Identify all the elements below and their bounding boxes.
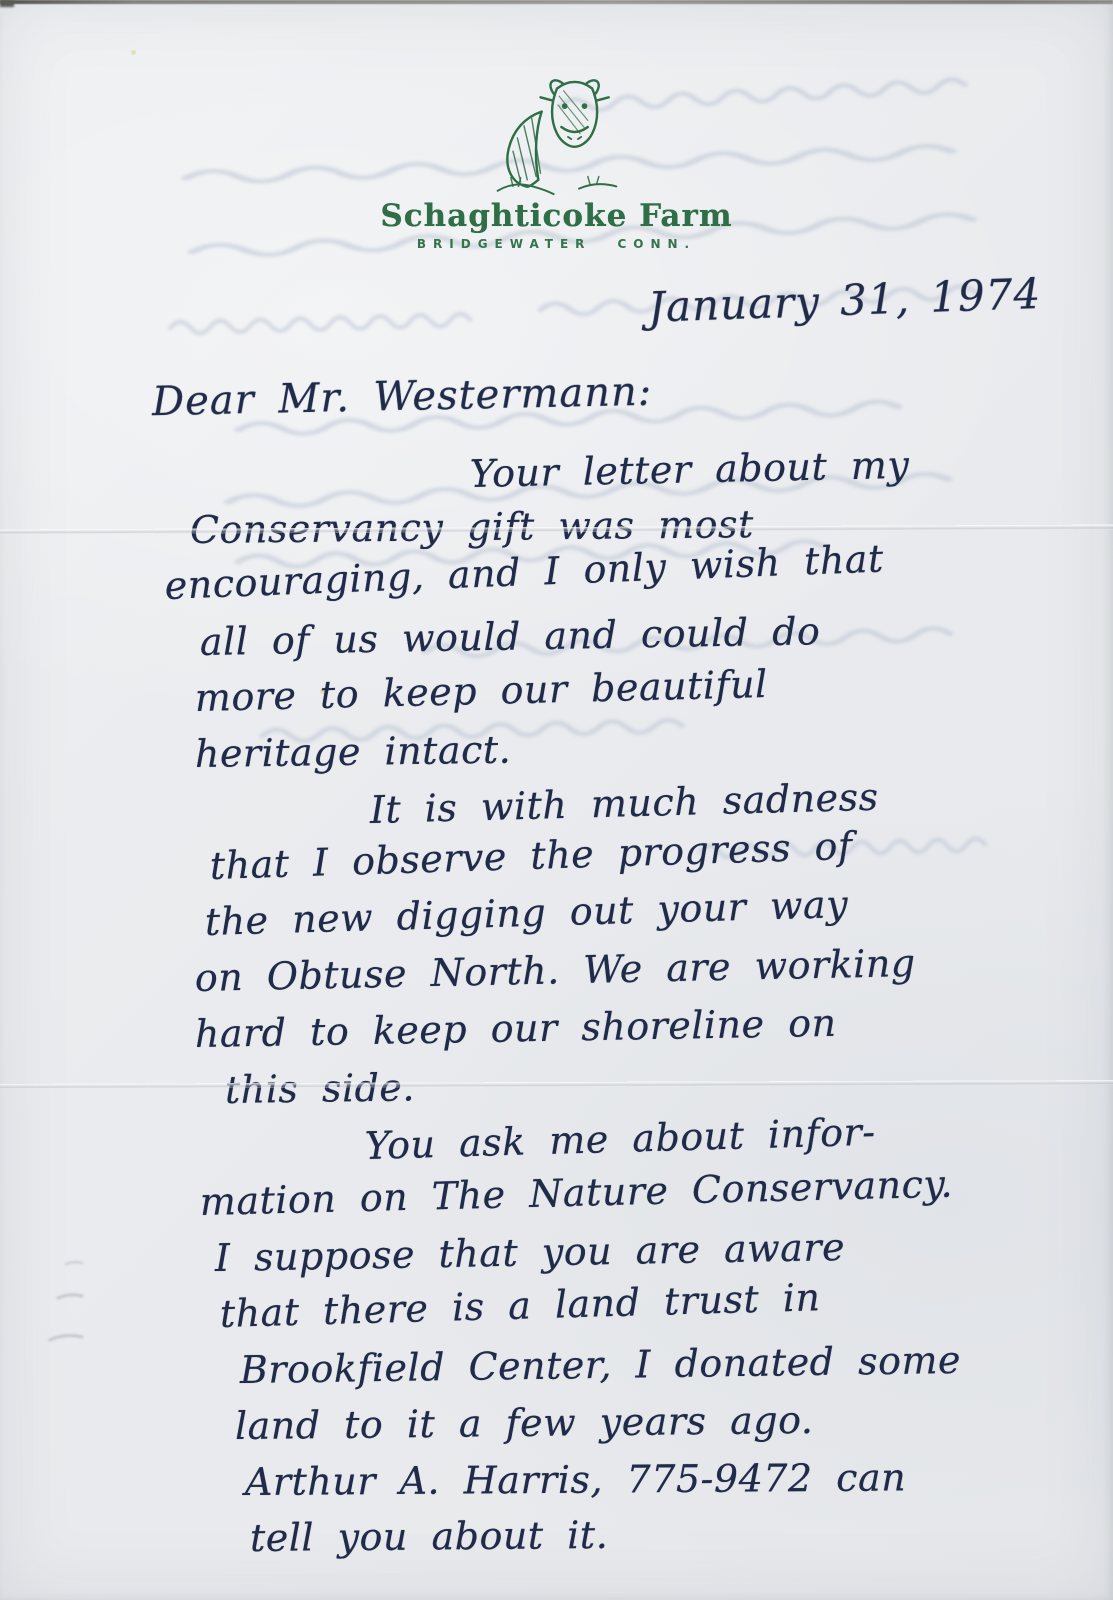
handwritten-line: Your letter about my <box>469 434 1038 502</box>
handwritten-line: Arthur A. Harris, 775-9472 can <box>245 1448 1038 1510</box>
letter-date: January 31, 1974 <box>647 269 1042 332</box>
scanned-letter-page: Schaghticoke Farm BRIDGEWATERCONN. Janua… <box>0 0 1113 1600</box>
paper-speck <box>131 50 136 55</box>
handwritten-line: tell you about it. <box>250 1503 1038 1566</box>
letterhead-city: BRIDGEWATER <box>417 237 592 251</box>
letterhead-location: BRIDGEWATERCONN. <box>0 237 1113 251</box>
letterhead: Schaghticoke Farm BRIDGEWATERCONN. <box>0 72 1113 251</box>
salutation: Dear Mr. Westermann: <box>152 369 653 425</box>
cow-logo-icon <box>491 72 623 204</box>
scan-edge-corner <box>0 0 14 7</box>
handwritten-line: Brookfield Center, I donated some <box>240 1331 1039 1398</box>
pencil-smudge <box>50 1262 82 1340</box>
letterhead-state: CONN. <box>617 237 696 251</box>
letter-body: Your letter about myConservancy gift was… <box>158 446 1038 1566</box>
letterhead-farm-name: Schaghticoke Farm <box>0 198 1113 234</box>
handwritten-line: land to it a few years ago. <box>235 1390 1039 1454</box>
scan-edge <box>0 0 1113 4</box>
